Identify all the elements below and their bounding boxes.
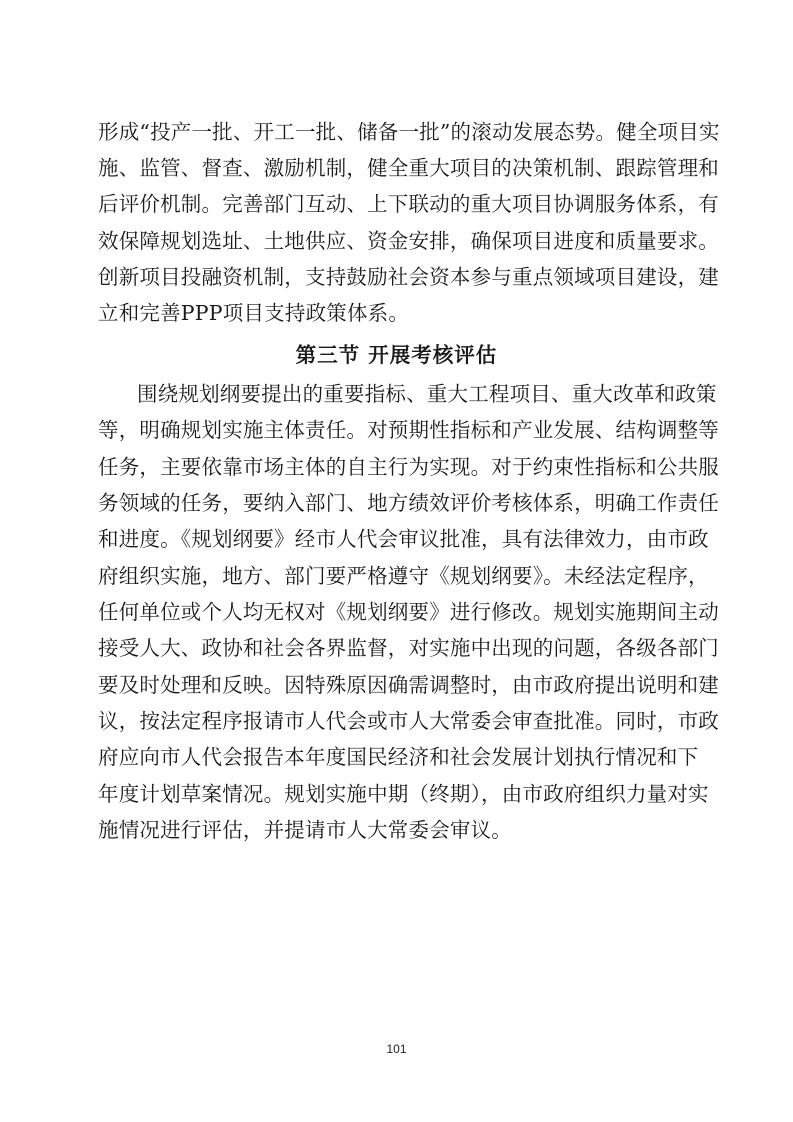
text-line: 创新项目投融资机制，支持鼓励社会资本参与重点领域项目建设，建 xyxy=(98,264,696,290)
text-line: 效保障规划选址、土地供应、资金安排，确保项目进度和质量要求。 xyxy=(98,228,696,254)
text-line: 后评价机制。完善部门互动、上下联动的重大项目协调服务体系，有 xyxy=(98,191,696,217)
text-line: 府组织实施，地方、部门要严格遵守《规划纲要》。未经法定程序， xyxy=(98,563,696,589)
document-page: 形成“投产一批、开工一批、储备一批”的滚动发展态势。健全项目实 施、监管、督查、… xyxy=(0,0,793,1122)
text-line: 议，按法定程序报请市人代会或市人大常委会审查批准。同时，市政 xyxy=(98,708,696,734)
text-line: 务领域的任务，要纳入部门、地方绩效评价考核体系，明确工作责任 xyxy=(98,490,696,516)
text-line: 接受人大、政协和社会各界监督，对实施中出现的问题，各级各部门 xyxy=(98,635,696,661)
page-number: 101 xyxy=(0,1042,793,1056)
text-line: 任何单位或个人均无权对《规划纲要》进行修改。规划实施期间主动 xyxy=(98,599,696,625)
text-line: 施、监管、督查、激励机制，健全重大项目的决策机制、跟踪管理和 xyxy=(98,155,696,181)
text-line: 形成“投产一批、开工一批、储备一批”的滚动发展态势。健全项目实 xyxy=(98,119,696,145)
text-line: 施情况进行评估，并提请市人大常委会审议。 xyxy=(98,817,696,843)
text-line: 要及时处理和反映。因特殊原因确需调整时，由市政府提出说明和建 xyxy=(98,672,696,698)
text-line: 府应向市人代会报告本年度国民经济和社会发展计划执行情况和下 xyxy=(98,744,696,770)
text-line: 任务，主要依靠市场主体的自主行为实现。对于约束性指标和公共服 xyxy=(98,454,696,480)
section-heading: 第三节 开展考核评估 xyxy=(0,342,793,368)
text-line: 等，明确规划实施主体责任。对预期性指标和产业发展、结构调整等 xyxy=(98,417,696,443)
text-line: 围绕规划纲要提出的重要指标、重大工程项目、重大改革和政策 xyxy=(137,381,696,407)
text-line: 和进度。《规划纲要》经市人代会审议批准，具有法律效力，由市政 xyxy=(98,526,696,552)
text-line: 立和完善PPP项目支持政策体系。 xyxy=(98,300,696,326)
text-line: 年度计划草案情况。规划实施中期（终期），由市政府组织力量对实 xyxy=(98,781,696,807)
